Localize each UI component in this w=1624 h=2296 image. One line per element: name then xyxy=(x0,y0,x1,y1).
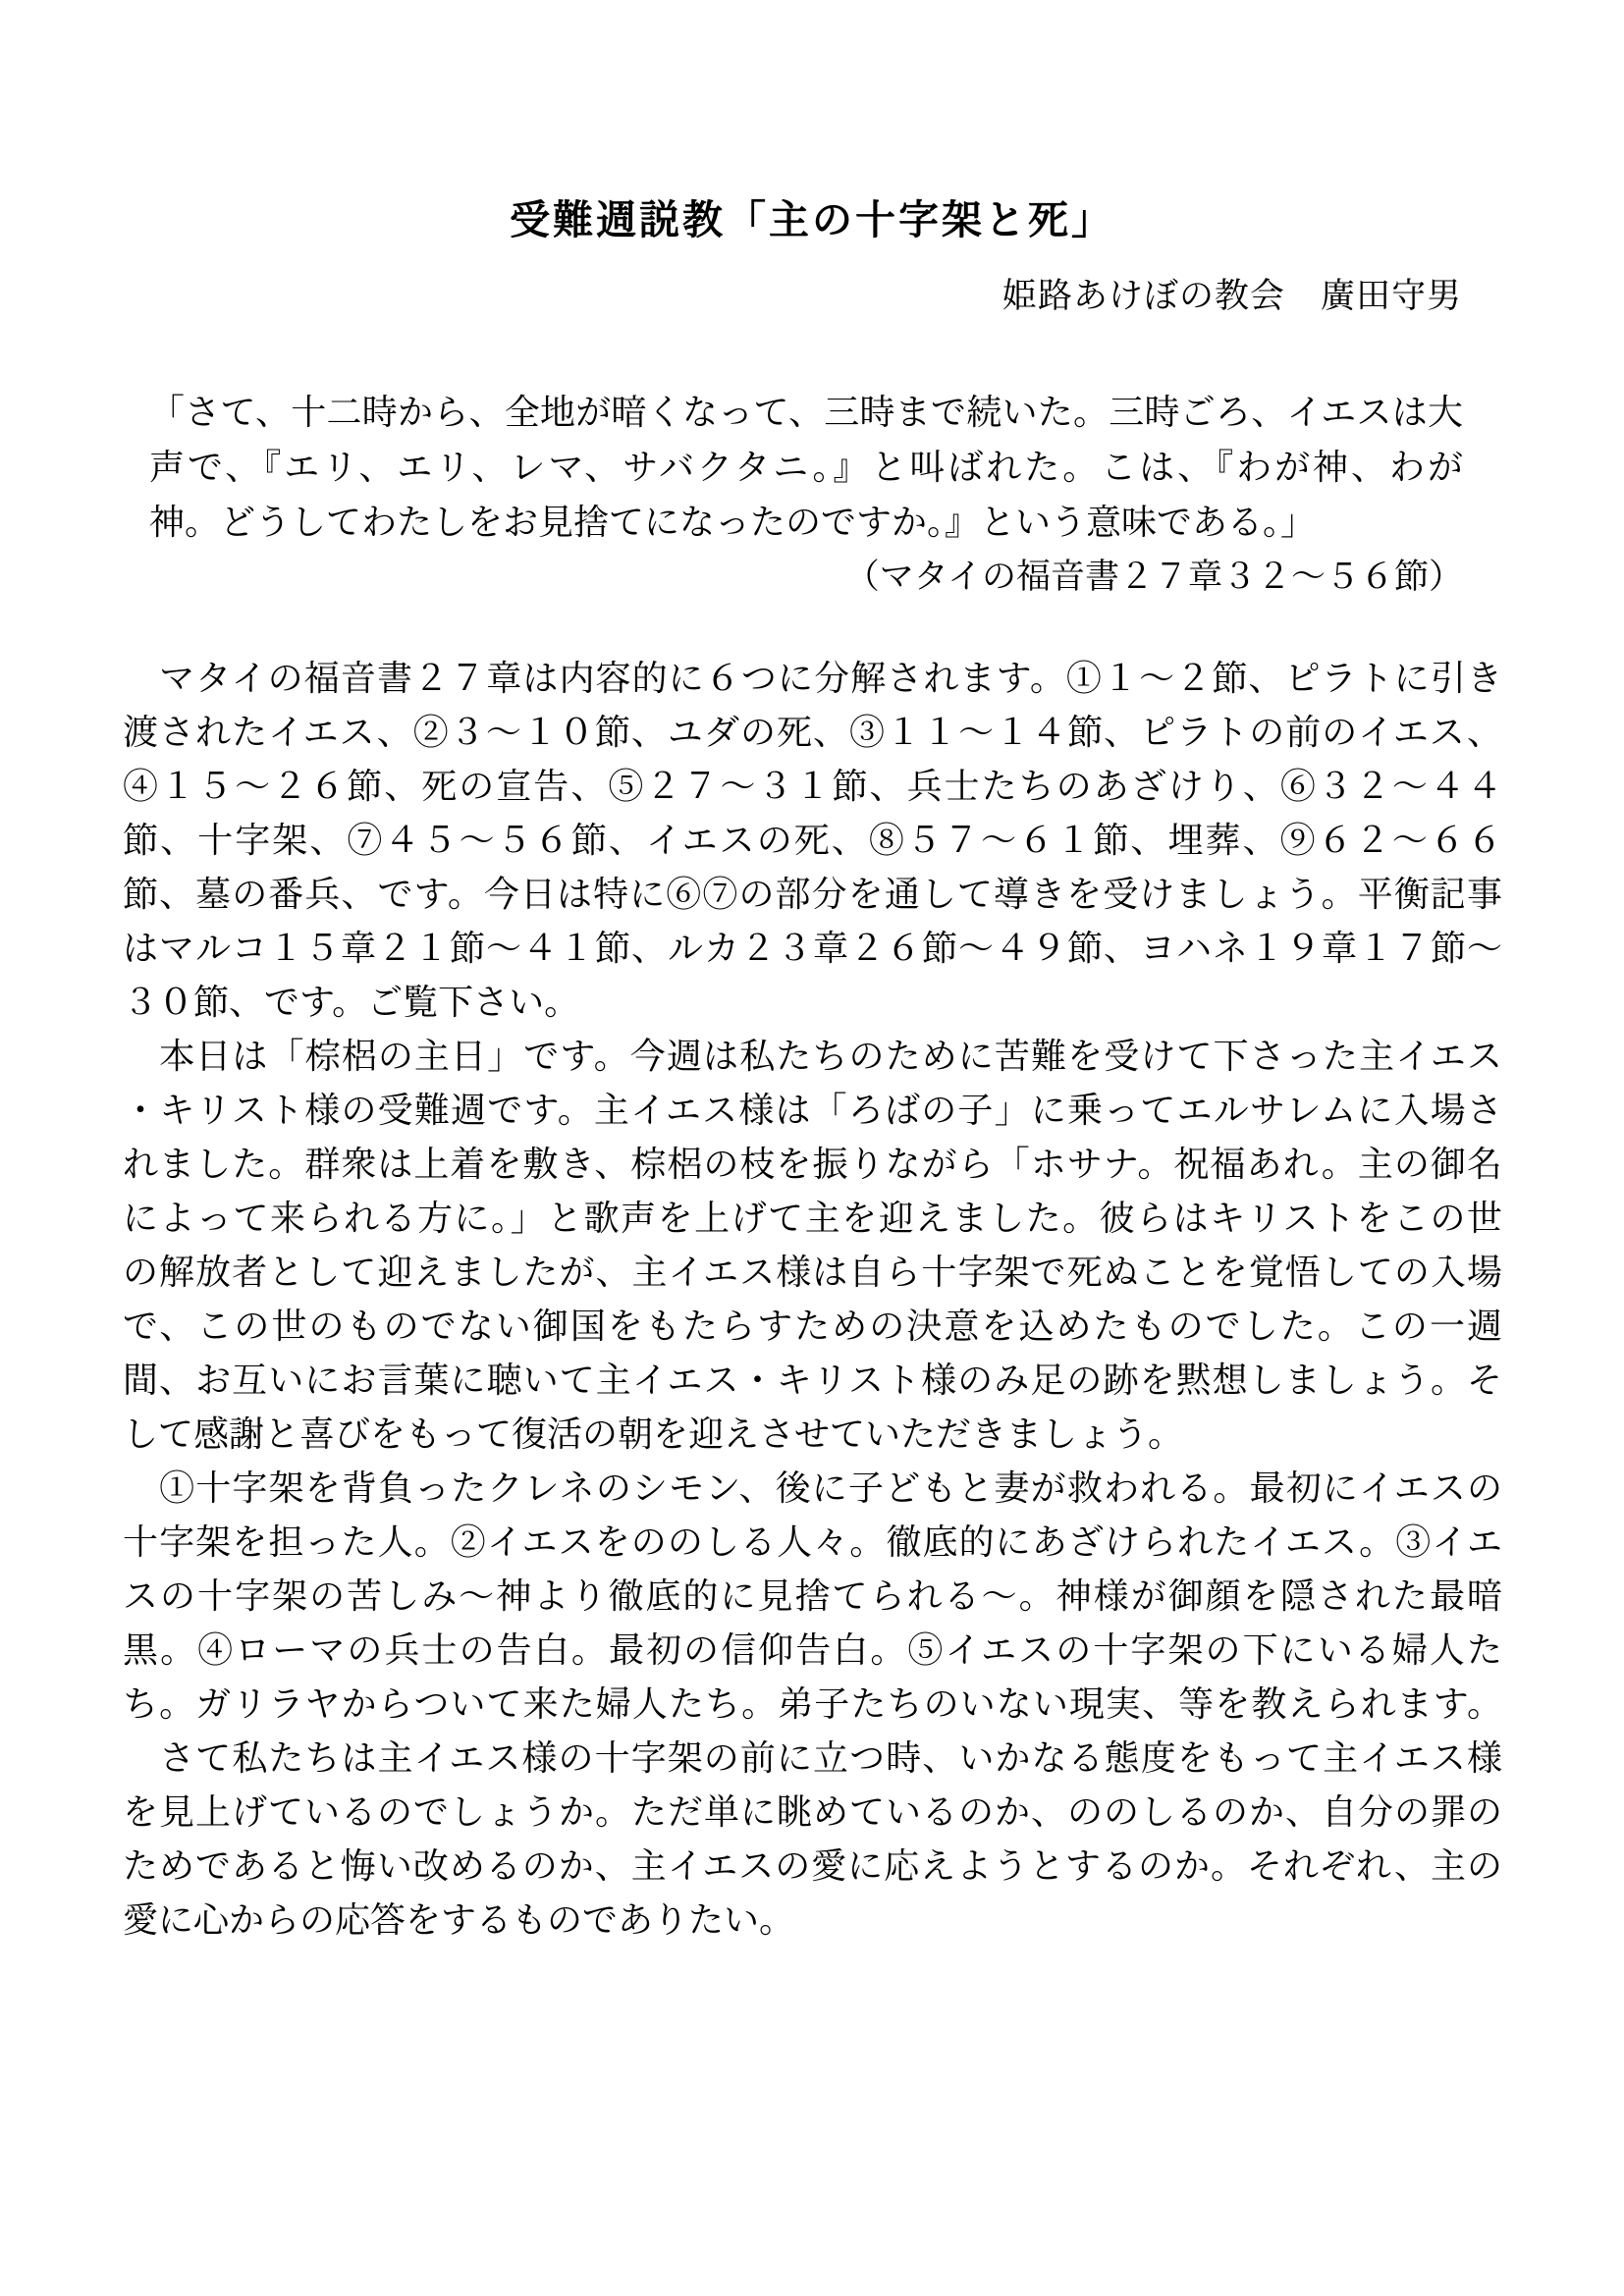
body-line: さて私たちは主イエス様の十字架の前に立つ時、いかなる態度をもって主イエス様 xyxy=(123,1732,1502,1786)
body-line: によって来られる方に。」と歌声を上げて主を迎えました。彼らはキリストをこの世 xyxy=(123,1192,1502,1246)
body-line: ためであると悔い改めるのか、主イエスの愛に応えようとするのか。それぞれ、主の xyxy=(123,1840,1502,1894)
body-line: はマルコ１５章２１節～４１節、ルカ２３章２６節～４９節、ヨハネ１９章１７節～ xyxy=(123,922,1502,976)
body-line: 節、十字架、⑦４５～５６節、イエスの死、⑧５７～６１節、埋葬、⑨６２～６６ xyxy=(123,814,1502,868)
quote-line: 声で、『エリ、エリ、レマ、サバクタニ。』と叫ばれた。こは、『わが神、わが xyxy=(149,440,1463,495)
body-line: を見上げているのでしょうか。ただ単に眺めているのか、ののしるのか、自分の罪の xyxy=(123,1786,1502,1840)
author-line: 姫路あけぼの教会 廣田守男 xyxy=(1002,269,1462,324)
body-line: して感謝と喜びをもって復活の朝を迎えさせていただきましょう。 xyxy=(123,1408,1502,1462)
body-line: 本日は「棕梠の主日」です。今週は私たちのために苦難を受けて下さった主イエス xyxy=(123,1030,1502,1084)
body-line: ④１５～２６節、死の宣告、⑤２７～３１節、兵士たちのあざけり、⑥３２～４４ xyxy=(123,760,1502,814)
body-line: 黒。④ローマの兵士の告白。最初の信仰告白。⑤イエスの十字架の下にいる婦人た xyxy=(123,1624,1502,1678)
body-line: で、この世のものでない御国をもたらすための決意を込めたものでした。この一週 xyxy=(123,1300,1502,1354)
body-line: 節、墓の番兵、です。今日は特に⑥⑦の部分を通して導きを受けましょう。平衡記事 xyxy=(123,868,1502,922)
body-line: 渡されたイエス、②３～１０節、ユダの死、③１１～１４節、ピラトの前のイエス、 xyxy=(123,706,1502,760)
body-line: ①十字架を背負ったクレネのシモン、後に子どもと妻が救われる。最初にイエスの xyxy=(123,1462,1502,1516)
body-line: ち。ガリラヤからついて来た婦人たち。弟子たちのいない現実、等を教えられます。 xyxy=(123,1678,1502,1732)
quote-line: 「さて、十二時から、全地が暗くなって、三時まで続いた。三時ごろ、イエスは大 xyxy=(149,385,1463,440)
body-line: の解放者として迎えましたが、主イエス様は自ら十字架で死ぬことを覚悟しての入場 xyxy=(123,1246,1502,1300)
document-title: 受難週説教「主の十字架と死」 xyxy=(0,192,1624,247)
body-line: マタイの福音書２７章は内容的に６つに分解されます。①１～２節、ピラトに引き xyxy=(123,652,1502,706)
body-line: ３０節、です。ご覧下さい。 xyxy=(123,976,1502,1030)
quote-line: 神。どうしてわたしをお見捨てになったのですか。』という意味である。」 xyxy=(149,495,1463,550)
body-line: スの十字架の苦しみ～神より徹底的に見捨てられる～。神様が御顔を隠された最暗 xyxy=(123,1570,1502,1624)
body-line: 間、お互いにお言葉に聴いて主イエス・キリスト様のみ足の跡を黙想しましょう。そ xyxy=(123,1354,1502,1408)
sermon-body: マタイの福音書２７章は内容的に６つに分解されます。①１～２節、ピラトに引き 渡さ… xyxy=(123,652,1502,1948)
body-line: 愛に心からの応答をするものでありたい。 xyxy=(123,1894,1502,1948)
scripture-citation: （マタイの福音書２７章３２～５６節） xyxy=(149,550,1463,605)
scripture-quote: 「さて、十二時から、全地が暗くなって、三時まで続いた。三時ごろ、イエスは大 声で… xyxy=(149,385,1463,605)
body-line: ・キリスト様の受難週です。主イエス様は「ろばの子」に乗ってエルサレムに入場さ xyxy=(123,1084,1502,1138)
body-line: 十字架を担った人。②イエスをののしる人々。徹底的にあざけられたイエス。③イエ xyxy=(123,1516,1502,1570)
body-line: れました。群衆は上着を敷き、棕梠の枝を振りながら「ホサナ。祝福あれ。主の御名 xyxy=(123,1138,1502,1192)
document-page: 受難週説教「主の十字架と死」 姫路あけぼの教会 廣田守男 「さて、十二時から、全… xyxy=(0,0,1624,2296)
